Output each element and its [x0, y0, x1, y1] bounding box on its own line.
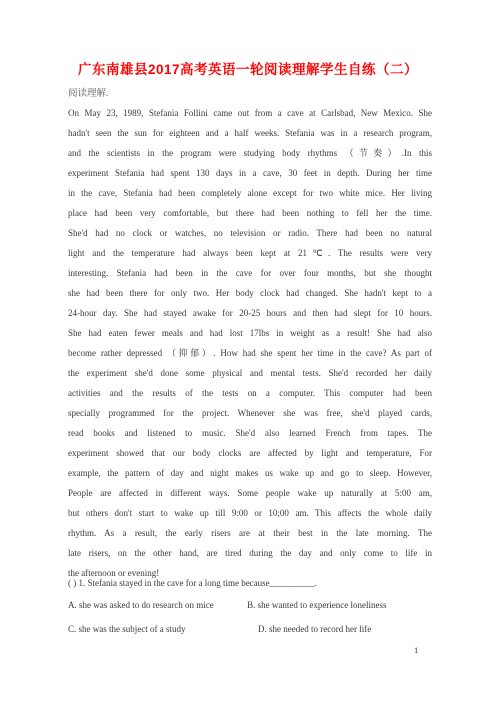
passage-line: experiment Stefania had spent 130 days i…: [68, 163, 432, 183]
passage-line: People are affected in different ways. S…: [68, 483, 432, 503]
passage-line: hadn't seen the sun for eighteen and a h…: [68, 123, 432, 143]
passage-line: 24-hour day. She had stayed awake for 20…: [68, 303, 432, 323]
passage-line: in the cave, Stefania had been completel…: [68, 183, 432, 203]
passage-line: late risers, on the other hand, are tire…: [68, 543, 432, 563]
page-number: 1: [414, 645, 418, 655]
passage-line: experiment showed that our body clocks a…: [68, 443, 432, 463]
option-row: A. she was asked to do research on mice …: [68, 594, 432, 616]
passage-line: specially programmed for the project. Wh…: [68, 403, 432, 423]
passage-line: activities and the results of the tests …: [68, 383, 432, 403]
question-block: ( ) 1. Stefania stayed in the cave for a…: [68, 572, 432, 640]
passage-line: she had been there for only two. Her bod…: [68, 283, 432, 303]
page-title: 广东南雄县2017高考英语一轮阅读理解学生自练（二）: [0, 58, 496, 78]
passage-line: example, the pattern of day and night ma…: [68, 463, 432, 483]
option-a: A. she was asked to do research on mice: [68, 594, 247, 616]
passage-line: the experiment she'd done some physical …: [68, 363, 432, 383]
passage-line: read books and listened to music. She'd …: [68, 423, 432, 443]
document-page: 广东南雄县2017高考英语一轮阅读理解学生自练（二） 阅读理解. On May …: [0, 0, 496, 702]
question-stem: ( ) 1. Stefania stayed in the cave for a…: [68, 572, 432, 594]
passage-line: interesting. Stefania had been in the ca…: [68, 263, 432, 283]
passage-line: She'd had no clock or watches, no televi…: [68, 223, 432, 243]
passage-line: become rather depressed （抑郁）. How had sh…: [68, 343, 432, 363]
option-d: D. she needed to record her life: [258, 618, 432, 640]
section-label: 阅读理解.: [68, 85, 108, 99]
passage-line: She had eaten fewer meals and had lost 1…: [68, 323, 432, 343]
option-b: B. she wanted to experience loneliness: [247, 594, 432, 616]
passage-line: place had been very comfortable, but the…: [68, 203, 432, 223]
passage-line: and the scientists in the program were s…: [68, 143, 432, 163]
option-row: C. she was the subject of a study D. she…: [68, 618, 432, 640]
passage-line: rhythm. As a result, the early risers ar…: [68, 523, 432, 543]
passage-line: light and the temperature had always bee…: [68, 243, 432, 263]
passage-line: On May 23, 1989, Stefania Follini came o…: [68, 103, 432, 123]
passage: On May 23, 1989, Stefania Follini came o…: [68, 103, 432, 583]
option-c: C. she was the subject of a study: [68, 618, 258, 640]
passage-line: but others don't start to wake up till 9…: [68, 503, 432, 523]
